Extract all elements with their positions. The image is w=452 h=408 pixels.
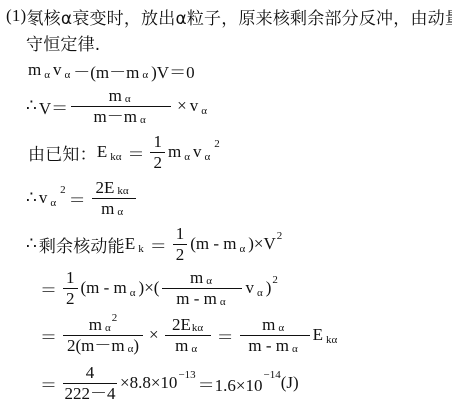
subscript-k-alpha: kα: [110, 151, 121, 163]
fraction-half: 1 2: [173, 224, 188, 265]
fraction-mass-ratio: mα m - mα: [240, 315, 310, 356]
numerator: 1: [63, 268, 78, 288]
velocity-lhs: V＝: [39, 94, 68, 119]
subscript-k: k: [138, 243, 144, 255]
denominator: 2: [63, 289, 78, 309]
intro-text-2: 守恒定律.: [26, 30, 100, 55]
fraction-mass-ratio: mα m - mα: [162, 268, 242, 309]
equals-sign: ＝: [40, 276, 57, 301]
fraction-half: 1 2: [63, 268, 78, 309]
E-k: E: [125, 234, 135, 254]
therefore-symbol: ∴: [26, 188, 37, 208]
subscript-alpha: α: [140, 110, 146, 130]
therefore-symbol: ∴: [26, 234, 37, 254]
subscript-k-alpha: kα: [326, 334, 337, 346]
subscript-alpha: α: [204, 151, 210, 163]
superscript-2: 2: [277, 230, 283, 242]
problem-number: (1): [6, 6, 26, 26]
subscript-alpha: α: [206, 271, 212, 291]
m-alpha: m: [168, 142, 181, 162]
E-k-alpha: E: [97, 142, 107, 162]
denominator: 2: [150, 153, 165, 173]
known-label: 由已知：: [28, 140, 97, 165]
times-sign: ×: [177, 96, 187, 116]
equals-sign: ＝: [40, 371, 57, 396]
fraction-mass-ratio: mα m－mα: [71, 86, 171, 127]
subscript-alpha: α: [44, 69, 50, 81]
equation-v-squared: ∴ v α 2 ＝ 2Ekα mα: [26, 175, 139, 221]
subscript-k-alpha: kα: [117, 181, 128, 201]
unit-joules: (J): [281, 373, 299, 393]
times-energy-value: ×8.8×10: [120, 373, 177, 393]
subscript-alpha: α: [257, 287, 263, 299]
superscript-2: 2: [112, 308, 118, 328]
v-alpha: v: [193, 142, 202, 162]
subscript-alpha: α: [292, 339, 298, 359]
numerator: 2E: [172, 315, 191, 335]
subscript-alpha: α: [184, 151, 190, 163]
close-paren: ): [266, 278, 272, 298]
numerator: m: [190, 268, 203, 288]
equals-zero: )V＝0: [151, 58, 194, 83]
equals-sign: ＝: [217, 323, 234, 348]
subscript-alpha: α: [191, 339, 197, 359]
numerator: m: [89, 315, 102, 335]
denominator: m - m: [248, 336, 289, 356]
problem-intro-line-2: 守恒定律.: [26, 30, 100, 54]
close-paren: ): [133, 336, 139, 356]
numerator: m: [262, 315, 275, 335]
problem-intro-line-1: (1) 氡核α衰变时，放出α粒子，原来核剩余部分反冲，由动量: [6, 4, 452, 28]
times-open-paren: )×(: [139, 278, 160, 298]
subscript-alpha: α: [125, 89, 131, 109]
times-V: )×V: [248, 234, 276, 254]
fraction-2Ek-over-m: 2Ekα mα: [92, 178, 136, 219]
times-sign: ×: [149, 325, 159, 345]
equals-sign: ＝: [150, 232, 167, 257]
superscript-2: 2: [60, 184, 66, 196]
fraction-4-over-218: 4 222－4: [63, 363, 117, 404]
numerator: 2E: [96, 178, 115, 198]
equation-step-2: ＝ 1 2 (m - m α )×( mα m - mα v α ) 2: [40, 266, 278, 310]
equals-sign: ＝: [127, 140, 144, 165]
equation-known-energy: 由已知： E kα ＝ 1 2 m α v α 2: [28, 130, 220, 174]
mass-difference: (m - m: [190, 234, 236, 254]
subscript-alpha: α: [142, 69, 148, 81]
result-value: ＝1.6×10: [198, 371, 263, 396]
numerator: 4: [83, 363, 98, 383]
equals-sign: ＝: [69, 186, 86, 211]
equation-result: ＝ 4 222－4 ×8.8×10 −13 ＝1.6×10 −14 (J): [40, 360, 299, 406]
subscript-k-alpha: kα: [192, 318, 203, 338]
denominator: 2(m－m: [67, 336, 125, 356]
subscript-alpha: α: [220, 292, 226, 312]
denominator: m: [101, 199, 114, 219]
superscript-2: 2: [272, 274, 278, 286]
denominator: m: [175, 336, 188, 356]
remaining-ke-label: 剩余核动能: [39, 232, 125, 257]
v-alpha: v: [190, 96, 199, 116]
numerator: 1: [173, 224, 188, 244]
denominator: 222－4: [62, 384, 119, 404]
m-alpha: m: [28, 60, 41, 80]
denominator: 2: [173, 245, 188, 265]
equation-velocity: ∴ V＝ mα m－mα × v α: [26, 83, 210, 129]
superscript-2: 2: [214, 138, 220, 150]
denominator: m－m: [94, 107, 137, 127]
fraction-2Ek-over-m: 2Ekα mα: [165, 315, 211, 356]
subscript-alpha: α: [105, 318, 111, 338]
subscript-alpha: α: [65, 69, 71, 81]
subscript-alpha: α: [50, 197, 56, 209]
minus-term: －(m－m: [73, 58, 139, 83]
mass-difference: (m - m: [81, 278, 127, 298]
fraction-m-alpha-sq: mα2 2(m－mα): [63, 315, 143, 356]
v-alpha: v: [245, 278, 254, 298]
denominator: m - m: [176, 289, 217, 309]
equation-step-3: ＝ mα2 2(m－mα) × 2Ekα mα ＝ mα m - mα E kα: [40, 312, 340, 358]
v-alpha: v: [39, 188, 48, 208]
E-k-alpha: E: [313, 325, 323, 345]
intro-text-1: 氡核α衰变时，放出α粒子，原来核剩余部分反冲，由动量: [26, 4, 452, 29]
subscript-alpha: α: [130, 287, 136, 299]
subscript-alpha: α: [240, 243, 246, 255]
fraction-half: 1 2: [150, 132, 165, 173]
subscript-alpha: α: [128, 339, 134, 359]
numerator: m: [109, 86, 122, 106]
exponent-minus-14: −14: [264, 369, 281, 381]
exponent-minus-13: −13: [178, 369, 195, 381]
subscript-alpha: α: [278, 318, 284, 338]
v-alpha: v: [53, 60, 62, 80]
therefore-symbol: ∴: [26, 96, 37, 116]
equation-momentum: m α v α －(m－m α )V＝0: [28, 57, 195, 83]
equation-remaining-ke: ∴ 剩余核动能 E k ＝ 1 2 (m - m α )×V 2: [26, 222, 282, 266]
subscript-alpha: α: [201, 105, 207, 117]
numerator: 1: [150, 132, 165, 152]
subscript-alpha: α: [117, 202, 123, 222]
equals-sign: ＝: [40, 323, 57, 348]
